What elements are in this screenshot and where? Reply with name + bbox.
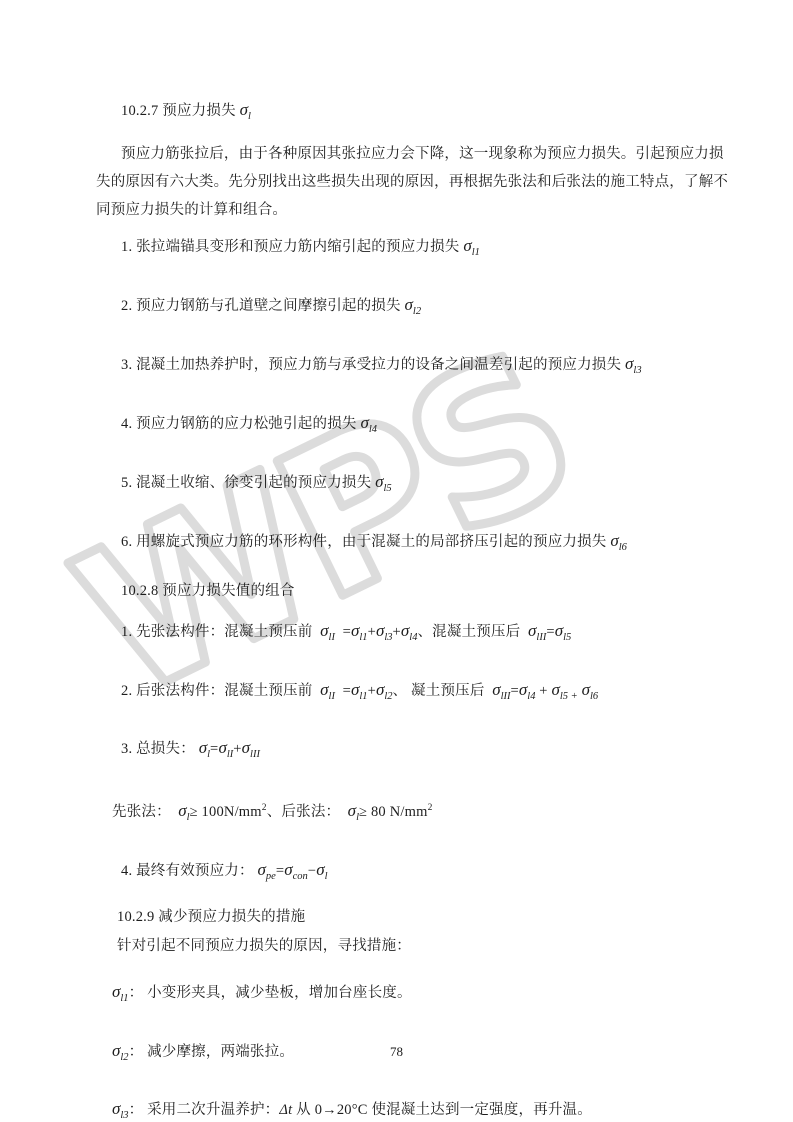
- document-page: WPS 10.2.7 预应力损失 σl 预应力筋张拉后，由于各种原因其张拉应力会…: [0, 0, 793, 1122]
- combo-line-posttension: 2. 后张法构件：混凝土预压前 σlI =σl1+σl2、 凝土预压后 σlII…: [96, 676, 716, 711]
- measures-intro: 针对引起不同预应力损失的原因，寻找措施：: [96, 932, 716, 960]
- loss-item-4: 4. 预应力钢筋的应力松弛引起的损失 σl4: [96, 409, 716, 444]
- section-heading-10-2-7: 10.2.7 预应力损失 σl: [96, 96, 716, 131]
- loss-item-2: 2. 预应力钢筋与孔道壁之间摩擦引起的损失 σl2: [96, 291, 716, 326]
- intro-line-3: 同预应力损失的计算和组合。: [96, 196, 716, 224]
- loss-item-3: 3. 混凝土加热养护时，预应力筋与承受拉力的设备之间温差引起的预应力损失 σl3: [96, 350, 716, 385]
- page-number: 78: [0, 1042, 793, 1062]
- combo-line-limits: 先张法： σl≥ 100N/mm2、后张法： σl≥ 80 N/mm2: [96, 794, 716, 832]
- section-heading-10-2-8: 10.2.8 预应力损失值的组合: [96, 577, 716, 605]
- measure-line-3: σl3： 采用二次升温养护：Δt 从 0→20°C 使混凝土达到一定强度，再升温…: [96, 1095, 716, 1122]
- document-content: 10.2.7 预应力损失 σl 预应力筋张拉后，由于各种原因其张拉应力会下降，这…: [96, 0, 716, 1122]
- measure-line-1: σl1： 小变形夹具，减少垫板，增加台座长度。: [96, 978, 716, 1013]
- combo-line-effective: 4. 最终有效预应力： σpe=σcon−σl: [96, 856, 716, 891]
- loss-item-5: 5. 混凝土收缩、徐变引起的预应力损失 σl5: [96, 468, 716, 503]
- intro-paragraph: 预应力筋张拉后，由于各种原因其张拉应力会下降，这一现象称为预应力损失。引起预应力…: [96, 140, 716, 224]
- loss-item-1: 1. 张拉端锚具变形和预应力筋内缩引起的预应力损失 σl1: [96, 232, 716, 267]
- intro-line-1: 预应力筋张拉后，由于各种原因其张拉应力会下降，这一现象称为预应力损失。引起预应力…: [96, 140, 716, 168]
- intro-line-2: 失的原因有六大类。先分别找出这些损失出现的原因，再根据先张法和后张法的施工特点，…: [96, 168, 716, 196]
- combo-line-total-loss: 3. 总损失： σl=σlI+σlII: [96, 734, 716, 769]
- combo-line-pretension: 1. 先张法构件：混凝土预压前 σlI =σl1+σl3+σl4、混凝土预压后 …: [96, 617, 716, 652]
- section-heading-10-2-9: 10.2.9 减少预应力损失的措施: [96, 903, 716, 931]
- loss-item-6: 6. 用螺旋式预应力筋的环形构件，由于混凝土的局部挤压引起的预应力损失 σl6: [96, 527, 716, 562]
